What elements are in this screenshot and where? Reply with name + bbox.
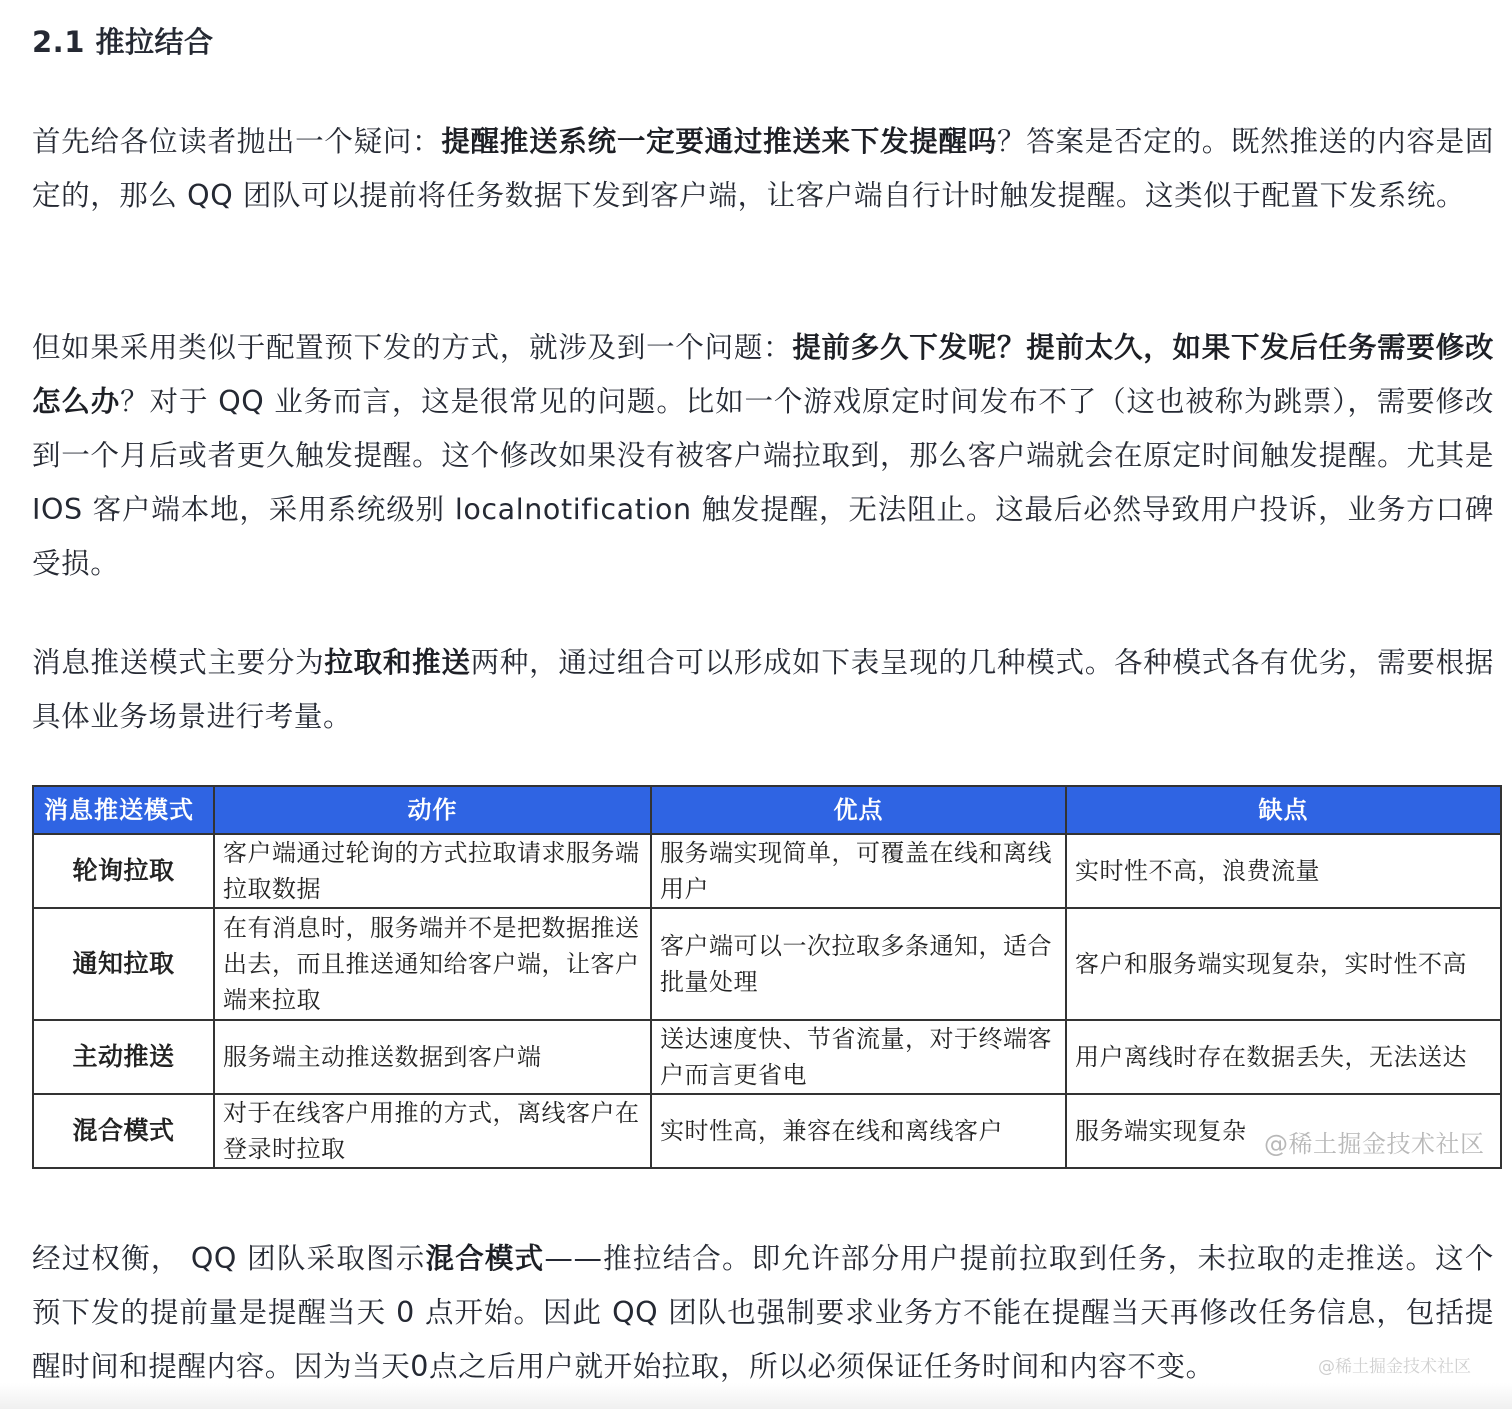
cell-mode: 通知拉取 <box>33 908 214 1020</box>
header-pros: 优点 <box>651 786 1066 834</box>
table-row: 主动推送 服务端主动推送数据到客户端 送达速度快、节省流量，对于终端客户而言更省… <box>33 1020 1501 1094</box>
cell-cons: 客户和服务端实现复杂，实时性不高 <box>1066 908 1501 1020</box>
table-row: 轮询拉取 客户端通过轮询的方式拉取请求服务端拉取数据 服务端实现简单，可覆盖在线… <box>33 834 1501 908</box>
cell-pros: 服务端实现简单，可覆盖在线和离线用户 <box>651 834 1066 908</box>
cell-pros: 客户端可以一次拉取多条通知，适合批量处理 <box>651 908 1066 1020</box>
bold-emphasis: 混合模式 <box>425 1242 544 1275</box>
cell-pros: 送达速度快、节省流量，对于终端客户而言更省电 <box>651 1020 1066 1094</box>
text-span: 消息推送模式主要分为 <box>32 646 324 679</box>
table-header-row: 消息推送模式 动作 优点 缺点 <box>33 786 1501 834</box>
cell-cons: 实时性不高，浪费流量 <box>1066 834 1501 908</box>
paragraph-hybrid-conclusion: 经过权衡， QQ 团队采取图示混合模式——推拉结合。即允许部分用户提前拉取到任务… <box>32 1232 1494 1394</box>
bold-emphasis: 提醒推送系统一定要通过推送来下发提醒吗 <box>441 125 997 158</box>
cell-cons: 用户离线时存在数据丢失，无法送达 <box>1066 1020 1501 1094</box>
text-span: 经过权衡， QQ 团队采取图示 <box>32 1242 425 1275</box>
cell-action: 服务端主动推送数据到客户端 <box>214 1020 651 1094</box>
cell-pros: 实时性高，兼容在线和离线客户 <box>651 1094 1066 1168</box>
cell-mode: 主动推送 <box>33 1020 214 1094</box>
text-span: ？对于 QQ 业务而言，这是很常见的问题。比如一个游戏原定时间发布不了（这也被称… <box>32 385 1494 580</box>
header-cons: 缺点 <box>1066 786 1501 834</box>
header-action: 动作 <box>214 786 651 834</box>
cell-mode: 混合模式 <box>33 1094 214 1168</box>
text-span: 首先给各位读者抛出一个疑问： <box>32 125 441 158</box>
push-modes-table: 消息推送模式 动作 优点 缺点 轮询拉取 客户端通过轮询的方式拉取请求服务端拉取… <box>32 785 1502 1169</box>
cell-action: 对于在线客户用推的方式，离线客户在登录时拉取 <box>214 1094 651 1168</box>
table-row: 通知拉取 在有消息时，服务端并不是把数据推送出去，而且推送通知给客户端，让客户端… <box>33 908 1501 1020</box>
bold-emphasis: 拉取和推送 <box>324 646 470 679</box>
bottom-fade-overlay <box>0 1383 1512 1409</box>
text-span: 但如果采用类似于配置预下发的方式，就涉及到一个问题： <box>32 331 792 364</box>
page-watermark: @稀土掘金技术社区 <box>1318 1352 1471 1377</box>
section-title: 2.1 推拉结合 <box>32 22 213 62</box>
cell-action: 在有消息时，服务端并不是把数据推送出去，而且推送通知给客户端，让客户端来拉取 <box>214 908 651 1020</box>
paragraph-intro-question: 首先给各位读者抛出一个疑问：提醒推送系统一定要通过推送来下发提醒吗？答案是否定的… <box>32 115 1494 223</box>
cell-mode: 轮询拉取 <box>33 834 214 908</box>
table-image-watermark: @稀土掘金技术社区 <box>1264 1124 1485 1159</box>
header-mode: 消息推送模式 <box>33 786 214 834</box>
cell-action: 客户端通过轮询的方式拉取请求服务端拉取数据 <box>214 834 651 908</box>
paragraph-predelivery-problem: 但如果采用类似于配置预下发的方式，就涉及到一个问题：提前多久下发呢？提前太久，如… <box>32 321 1494 591</box>
paragraph-push-modes: 消息推送模式主要分为拉取和推送两种，通过组合可以形成如下表呈现的几种模式。各种模… <box>32 636 1494 744</box>
